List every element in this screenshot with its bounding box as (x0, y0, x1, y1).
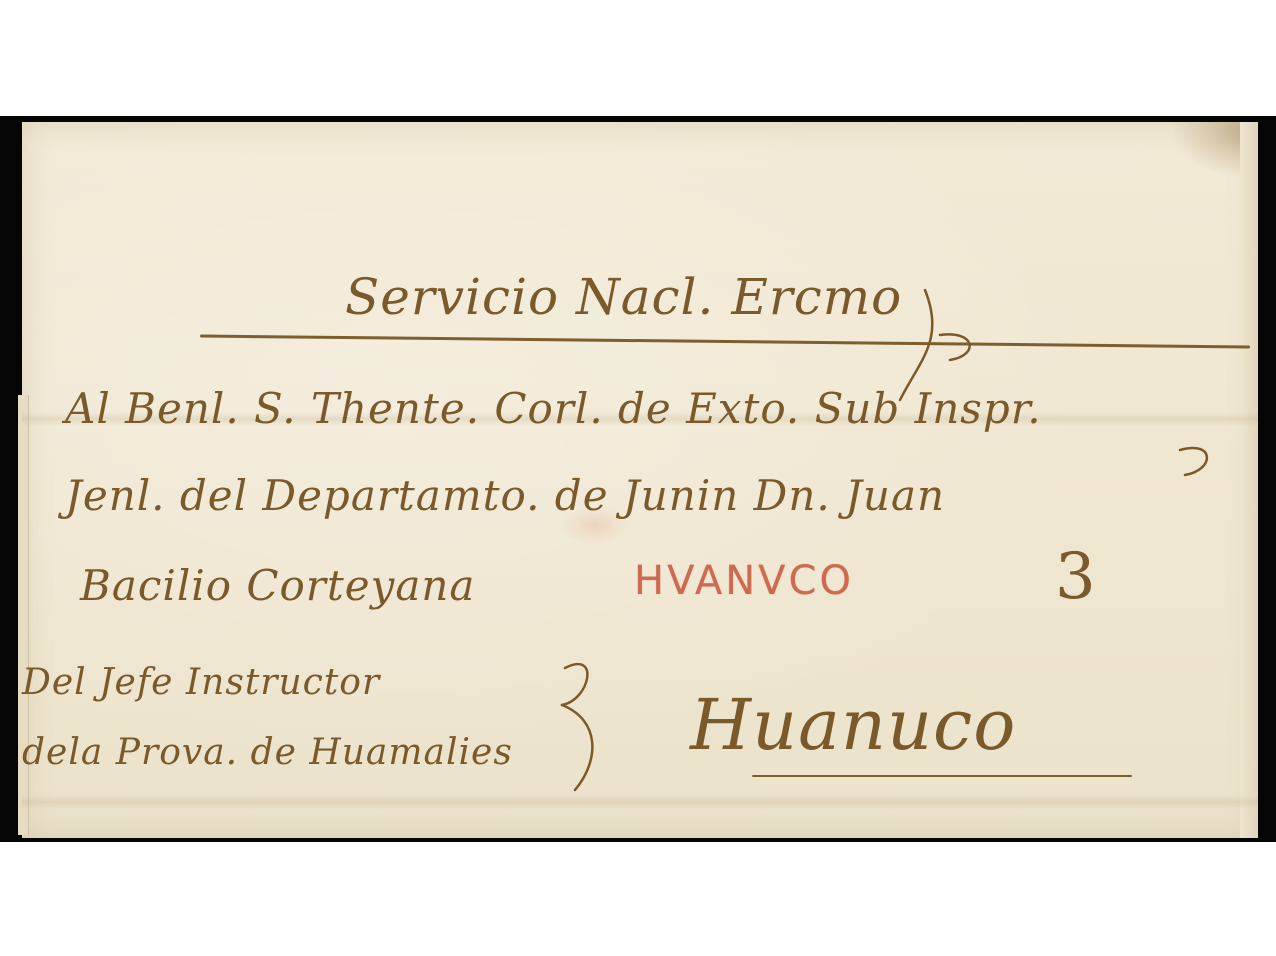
ink-flourishes (0, 0, 1276, 956)
loop-flourish (940, 334, 970, 360)
loop-flourish (1180, 448, 1207, 475)
bracket-flourish (562, 705, 592, 790)
bracket-flourish (562, 664, 587, 705)
loop-flourish (900, 290, 932, 400)
